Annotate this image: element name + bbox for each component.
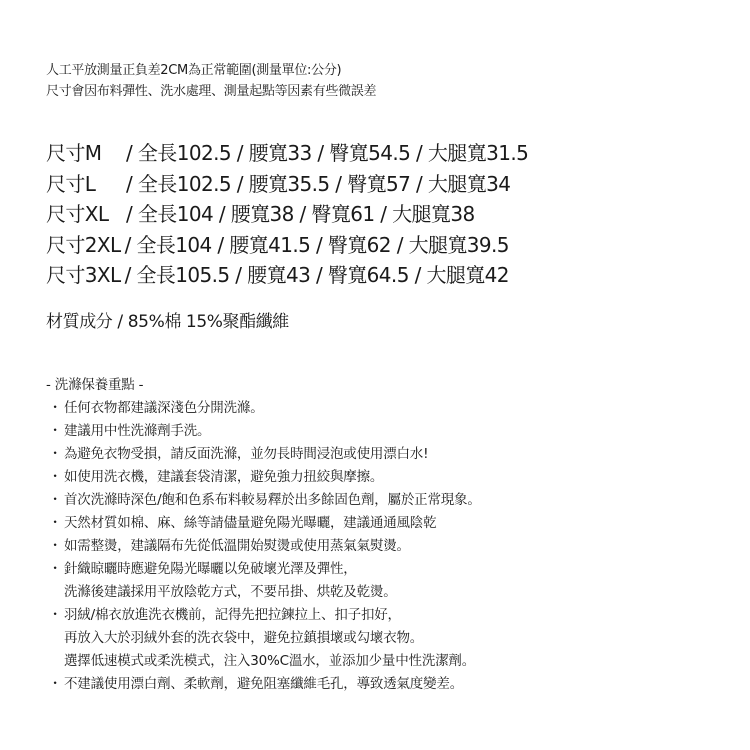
size-label: 尺寸2XL [46, 230, 121, 261]
care-item: ・如使用洗衣機，建議套袋清潔，避免強力扭絞與摩擦。 [46, 466, 481, 489]
care-item-continuation: 洗滌後建議採用平放陰乾方式，不要吊掛、烘乾及乾燙。 [46, 581, 481, 604]
bullet-dot-icon: ・ [46, 558, 64, 581]
bullet-dot-icon: ・ [46, 512, 64, 535]
care-text: 天然材質如棉、麻、絲等請儘量避免陽光曝曬，建議通通風陰乾 [64, 512, 436, 535]
bullet-dot-icon: ・ [46, 466, 64, 489]
care-instructions: - 洗滌保養重點 - ・任何衣物都建議深淺色分開洗滌。 ・建議用中性洗滌劑手洗。… [46, 374, 481, 696]
care-item: ・首次洗滌時深色/飽和色系布料較易釋於出多餘固色劑，屬於正常現象。 [46, 489, 481, 512]
note-line-variance: 尺寸會因布料彈性、洗水處理、測量起點等因素有些微誤差 [46, 81, 376, 102]
bullet-dot-icon: ・ [46, 443, 64, 466]
measurement-note: 人工平放測量正負差2CM為正常範圍(測量單位:公分) 尺寸會因布料彈性、洗水處理… [46, 60, 376, 102]
care-item: ・針織晾曬時應避免陽光曝曬以免破壞光澤及彈性， [46, 558, 481, 581]
bullet-dot-icon: ・ [46, 489, 64, 512]
size-chart: 尺寸M / 全長102.5 / 腰寬33 / 臀寬54.5 / 大腿寬31.5 … [46, 138, 528, 291]
size-row-xl: 尺寸XL / 全長104 / 腰寬38 / 臀寬61 / 大腿寬38 [46, 199, 528, 230]
bullet-dot-icon: ・ [46, 420, 64, 443]
size-label: 尺寸L [46, 169, 126, 200]
size-spec: / 全長102.5 / 腰寬33 / 臀寬54.5 / 大腿寬31.5 [126, 138, 528, 169]
material-composition: 材質成分 / 85%棉 15%聚酯纖維 [46, 310, 289, 334]
bullet-dot-icon: ・ [46, 535, 64, 558]
size-row-l: 尺寸L / 全長102.5 / 腰寬35.5 / 臀寬57 / 大腿寬34 [46, 169, 528, 200]
size-row-m: 尺寸M / 全長102.5 / 腰寬33 / 臀寬54.5 / 大腿寬31.5 [46, 138, 528, 169]
care-item: ・建議用中性洗滌劑手洗。 [46, 420, 481, 443]
bullet-dot-icon: ・ [46, 604, 64, 627]
size-label: 尺寸XL [46, 199, 126, 230]
care-text: 建議用中性洗滌劑手洗。 [64, 420, 210, 443]
size-row-3xl: 尺寸3XL / 全長105.5 / 腰寬43 / 臀寬64.5 / 大腿寬42 [46, 260, 528, 291]
size-spec: / 全長105.5 / 腰寬43 / 臀寬64.5 / 大腿寬42 [125, 260, 509, 291]
care-text: 羽絨/棉衣放進洗衣機前，記得先把拉鍊拉上、扣子扣好， [64, 604, 401, 627]
care-text: 為避免衣物受損，請反面洗滌，並勿長時間浸泡或使用漂白水! [64, 443, 428, 466]
care-text: 不建議使用漂白劑、柔軟劑，避免阻塞纖維毛孔，導致透氣度變差。 [64, 673, 463, 696]
care-text: 任何衣物都建議深淺色分開洗滌。 [64, 397, 264, 420]
size-spec: / 全長104 / 腰寬41.5 / 臀寬62 / 大腿寬39.5 [125, 230, 509, 261]
size-label: 尺寸M [46, 138, 126, 169]
size-label: 尺寸3XL [46, 260, 121, 291]
size-row-2xl: 尺寸2XL / 全長104 / 腰寬41.5 / 臀寬62 / 大腿寬39.5 [46, 230, 528, 261]
care-text: 首次洗滌時深色/飽和色系布料較易釋於出多餘固色劑，屬於正常現象。 [64, 489, 481, 512]
care-text: 如使用洗衣機，建議套袋清潔，避免強力扭絞與摩擦。 [64, 466, 383, 489]
size-spec: / 全長104 / 腰寬38 / 臀寬61 / 大腿寬38 [126, 199, 475, 230]
bullet-dot-icon: ・ [46, 673, 64, 696]
size-spec: / 全長102.5 / 腰寬35.5 / 臀寬57 / 大腿寬34 [126, 169, 510, 200]
care-item: ・為避免衣物受損，請反面洗滌，並勿長時間浸泡或使用漂白水! [46, 443, 481, 466]
care-item: ・如需整燙，建議隔布先從低溫開始熨燙或使用蒸氣氣熨燙。 [46, 535, 481, 558]
care-item-continuation: 選擇低速模式或柔洗模式，注入30%C溫水，並添加少量中性洗潔劑。 [46, 650, 481, 673]
care-item: ・羽絨/棉衣放進洗衣機前，記得先把拉鍊拉上、扣子扣好， [46, 604, 481, 627]
bullet-dot-icon: ・ [46, 397, 64, 420]
care-text: 如需整燙，建議隔布先從低溫開始熨燙或使用蒸氣氣熨燙。 [64, 535, 410, 558]
care-item-continuation: 再放入大於羽絨外套的洗衣袋中，避免拉鎮損壞或勾壞衣物。 [46, 627, 481, 650]
care-item: ・不建議使用漂白劑、柔軟劑，避免阻塞纖維毛孔，導致透氣度變差。 [46, 673, 481, 696]
care-item: ・任何衣物都建議深淺色分開洗滌。 [46, 397, 481, 420]
care-item: ・天然材質如棉、麻、絲等請儘量避免陽光曝曬，建議通通風陰乾 [46, 512, 481, 535]
note-line-tolerance: 人工平放測量正負差2CM為正常範圍(測量單位:公分) [46, 60, 376, 81]
care-title: - 洗滌保養重點 - [46, 374, 481, 397]
care-text: 針織晾曬時應避免陽光曝曬以免破壞光澤及彈性， [64, 558, 357, 581]
